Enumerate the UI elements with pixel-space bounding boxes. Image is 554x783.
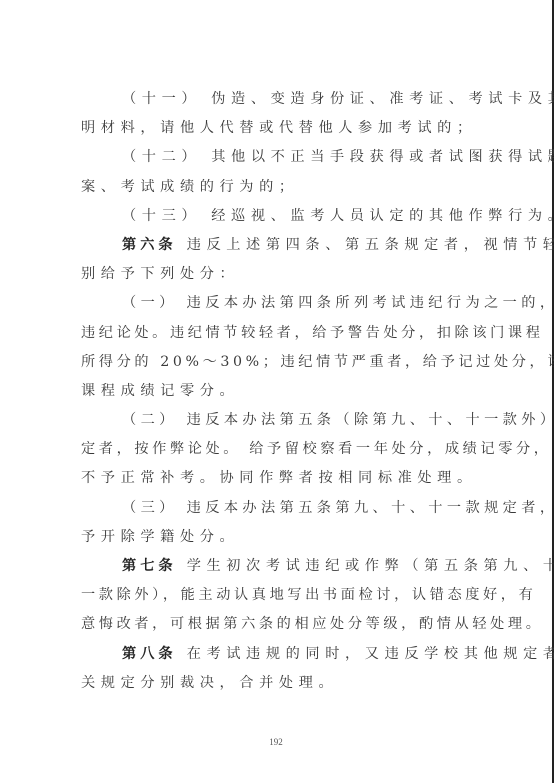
article-8-heading-line: 第八条 在考试违规的同时，又违反学校其他规定者按有	[81, 640, 477, 669]
article-7-heading-line: 第七条 学生初次考试违纪或作弊（第五条第九、十、十	[81, 552, 477, 581]
text-line: 定者，按作弊论处。 给予留校察看一年处分，成绩记零分，	[81, 435, 477, 464]
text-line: 明材料，请他人代替或代替他人参加考试的；	[81, 114, 477, 143]
text-line: 一款除外），能主动认真地写出书面检讨，认错态度好，有	[81, 581, 477, 610]
text-line: 予开除学籍处分。	[81, 523, 477, 552]
document-body: （十一） 伪造、变造身份证、准考证、考试卡及其他证 明材料，请他人代替或代替他人…	[81, 85, 477, 698]
article-label: 第六条	[122, 237, 177, 253]
text-line: 意悔改者，可根据第六条的相应处分等级，酌情从轻处理。	[81, 610, 477, 639]
text-line: 所得分的 20%～30%；违纪情节严重者，给予记过处分，该门	[81, 348, 477, 377]
article-label: 第七条	[122, 558, 177, 574]
text-line: （一） 违反本办法第四条所列考试违纪行为之一的，按	[81, 289, 477, 318]
text-line: （三） 违反本办法第五条第九、十、十一款规定者，给	[81, 494, 477, 523]
text-line: （二） 违反本办法第五条（除第九、十、十一款外）规	[81, 406, 477, 435]
text-line: 课程成绩记零分。	[81, 377, 477, 406]
document-page: （十一） 伪造、变造身份证、准考证、考试卡及其他证 明材料，请他人代替或代替他人…	[0, 0, 554, 783]
text-line: 案、考试成绩的行为的；	[81, 173, 477, 202]
text-line: （十二） 其他以不正当手段获得或者试图获得试题答	[81, 143, 477, 172]
text-line: 别给予下列处分：	[81, 260, 477, 289]
article-label: 第八条	[122, 646, 177, 662]
text-line: （十三） 经巡视、监考人员认定的其他作弊行为。	[81, 202, 477, 231]
text-line: （十一） 伪造、变造身份证、准考证、考试卡及其他证	[81, 85, 477, 114]
article-6-heading-line: 第六条 违反上述第四条、第五条规定者，视情节轻重分	[81, 231, 477, 260]
text-line: 不予正常补考。协同作弊者按相同标准处理。	[81, 464, 477, 493]
text-line: 违纪论处。违纪情节较轻者，给予警告处分，扣除该门课程	[81, 319, 477, 348]
text-line: 关规定分别裁决，合并处理。	[81, 669, 477, 698]
page-number: 192	[0, 737, 552, 747]
